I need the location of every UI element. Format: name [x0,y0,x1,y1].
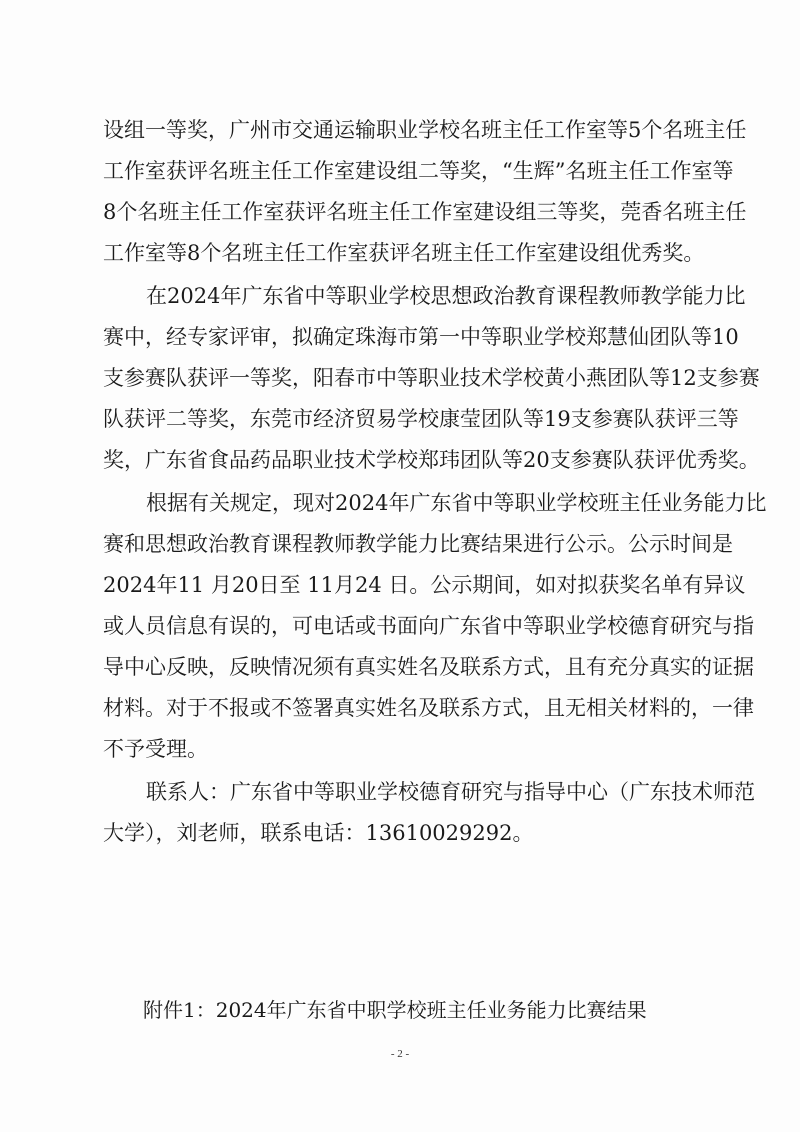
text-line: 2024年11 月20日至 11月24 日。公示期间，如对拟获奖名单有异议 [103,570,692,600]
text-line: 在2024年广东省中等职业学校思想政治教育课程教师教学能力比 [146,281,692,311]
text-line: 根据有关规定，现对2024年广东省中等职业学校班主任业务能力比 [146,488,692,518]
attachment-title: 附件1：2024年广东省中职学校班主任业务能力比赛结果 [143,995,647,1025]
text-line: 导中心反映，反映情况须有真实姓名及联系方式，且有充分真实的证据 [103,652,692,682]
document-page: 设组一等奖，广州市交通运输职业学校名班主任工作室等5个名班主任 工作室获评名班主… [0,0,800,1132]
text-line: 支参赛队获评一等奖，阳春市中等职业技术学校黄小燕团队等12支参赛 [103,363,692,393]
text-line: 材料。对于不报或不签署真实姓名及联系方式，且无相关材料的，一律 [103,693,692,723]
text-line: 设组一等奖，广州市交通运输职业学校名班主任工作室等5个名班主任 [103,115,692,145]
page-number: - 2 - [0,1048,800,1060]
text-line: 赛中，经专家评审，拟确定珠海市第一中等职业学校郑慧仙团队等10 [103,322,692,352]
text-line: 队获评二等奖，东莞市经济贸易学校康莹团队等19支参赛队获评三等 [103,404,692,434]
text-line: 8个名班主任工作室获评名班主任工作室建设组三等奖，莞香名班主任 [103,197,692,227]
text-line: 赛和思想政治教育课程教师教学能力比赛结果进行公示。公示时间是 [103,529,692,559]
text-line: 工作室等8个名班主任工作室获评名班主任工作室建设组优秀奖。 [103,238,692,268]
contact-line: 大学），刘老师，联系电话：13610029292。 [103,818,692,848]
text-line: 奖，广东省食品药品职业技术学校郑玮团队等20支参赛队获评优秀奖。 [103,445,692,475]
text-line: 不予受理。 [103,734,692,764]
contact-line: 联系人：广东省中等职业学校德育研究与指导中心（广东技术师范 [146,777,692,807]
text-line: 或人员信息有误的，可电话或书面向广东省中等职业学校德育研究与指 [103,611,692,641]
text-line: 工作室获评名班主任工作室建设组二等奖，“生辉”名班主任工作室等 [103,156,692,186]
